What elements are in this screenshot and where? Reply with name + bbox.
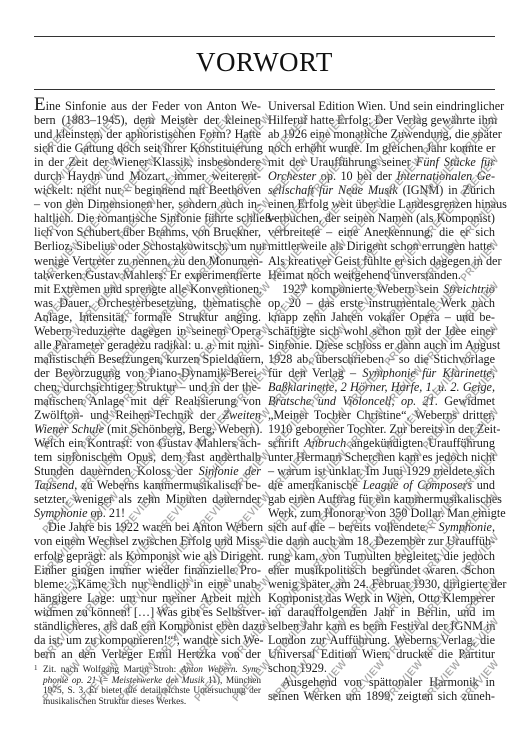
text-line: Sinfonie. Diese schloss er dann auch im … <box>268 338 495 352</box>
text-line: Wiener Schule (mit Schönberg, Berg, Webe… <box>34 422 261 436</box>
text-line: die dann auch am 18. Dezember zur Urauff… <box>268 534 495 548</box>
text-line: ständlicheres, als daß ein Komponist ebe… <box>34 619 261 633</box>
text-line: verbreitete – eine Anerkennung, die er s… <box>268 225 495 239</box>
text-line: bern (1883–1945), dem Meister der kleine… <box>34 113 261 127</box>
text-line: für den Verlag – Symphonie für Klarinett… <box>268 366 495 380</box>
text-line: Universal Edition Wien. Und sein eindrin… <box>268 99 495 113</box>
italic-title: phonie op. 21 <box>43 676 96 686</box>
text-line: Tausend, zu Weberns kammermusikalisch be… <box>34 478 261 492</box>
text-line: unter Hermann Scherchen kam es jedoch ni… <box>268 450 495 464</box>
italic-title: Anton Webern. Sym- <box>181 665 261 675</box>
text-line: Ausgehend von spättonaler Harmonik in <box>268 675 495 689</box>
text-line: wenig später, am 24. Februar 1930, dirig… <box>268 577 495 591</box>
text-line: Baßklarinette, 2 Hörner, Harfe, 1. u. 2.… <box>268 380 495 394</box>
footnote: 1 Zit. nach Wolfgang Martin Stroh: Anton… <box>34 665 261 707</box>
italic-title: Streichtrio <box>443 282 495 296</box>
text-line: alle Parameter geradezu radikal: u. a. m… <box>34 338 261 352</box>
page-title: VORWORT <box>34 44 495 80</box>
text-line: sellschaft für Neue Musik (IGNM) in Züri… <box>268 183 495 197</box>
text-line: noch erhöht wurde. Im gleichen Jahr konn… <box>268 141 495 155</box>
italic-title: Baßklarinette, 2 Hörner, Harfe, 1. u. 2.… <box>268 380 495 394</box>
text-line: Stunden dauernden Koloss der Sinfonie de… <box>34 464 261 478</box>
text-line: Berlioz, Sibelius oder Schostakowitsch, … <box>34 239 261 253</box>
header-rule-top <box>34 36 495 37</box>
text-line: bern an den Verleger Emil Hertzka von de… <box>34 647 261 661</box>
text-line: was Dauer, Orchesterbesetzung, thematisc… <box>34 296 261 310</box>
text-column-left: Eine Sinfonie aus der Feder von Anton We… <box>34 99 261 661</box>
text-line: wenige Vertreter zu nennen, zu den Monum… <box>34 254 261 268</box>
italic-title: Anbruch <box>304 436 346 450</box>
text-line: Webern reduzierte dagegen in seinem Oper… <box>34 324 261 338</box>
text-line: widmen zu können! […] Was gibt es Selbst… <box>34 605 261 619</box>
text-line: 1928 ab, überschrieben – so die Stichvor… <box>268 352 495 366</box>
text-line: musikalischen Struktur dieses Werkes. <box>34 697 261 708</box>
text-line: haltlich. Die romantische Sinfonie führt… <box>34 211 261 225</box>
text-line: Symphonie op. 21! <box>34 506 261 520</box>
header-rule-bottom <box>34 89 495 90</box>
italic-title: Fünf Stücke für <box>416 155 495 169</box>
initial-letter: E <box>34 94 46 115</box>
text-line: matischen Anlage mit der Realisierung vo… <box>34 394 261 408</box>
text-line: knapp zehn Jahren vokaler Opera – und be… <box>268 310 495 324</box>
text-line: schäftigte sich wohl schon mit der Idee … <box>268 324 495 338</box>
text-line: durch Haydn und Mozart, immer weiterent- <box>34 169 261 183</box>
italic-title: Symphonie für Klarinette, <box>362 366 495 380</box>
text-line: gab einen Auftrag für ein kammermusikali… <box>268 492 495 506</box>
text-line: selben Jahr kam es beim Festival der IGN… <box>268 619 495 633</box>
italic-title: Symphonie <box>34 506 87 520</box>
text-line: hängigere Lage: um nur meiner Arbeit mic… <box>34 591 261 605</box>
text-line: ab 1926 eine monatliche Zuwendung, die s… <box>268 127 495 141</box>
italic-title: Symphonie <box>438 520 491 534</box>
text-line: Werk, zum Honorar von 350 Dollar. Man ei… <box>268 506 495 520</box>
text-line: Orchester op. 10 bei der Internationalen… <box>268 169 495 183</box>
text-line: Als kreativer Geist fühlte er sich dageg… <box>268 254 495 268</box>
text-line: von einem Wechsel zwischen Erfolg und Mi… <box>34 534 261 548</box>
italic-title: Orchester <box>268 169 316 183</box>
text-line: der Bevorzugung von Piano-Dynamik-Berei- <box>34 366 261 380</box>
text-line: wickelt: nicht nur – beginnend mit Beeth… <box>34 183 261 197</box>
italic-title: Wiener Schule <box>34 422 104 436</box>
text-line: 1910 geborener Tochter. Zur bereits in d… <box>268 422 495 436</box>
text-line: talwerken Gustav Mahlers: Er experimenti… <box>34 268 261 282</box>
text-line: Anlage, Intensität, formale Struktur ang… <box>34 310 261 324</box>
text-line: Zwölfton- und Reihen-Technik der Zweiten <box>34 408 261 422</box>
italic-title: Bratsche und Violoncell, op. 21 <box>268 394 435 408</box>
text-line: Einher gingen immer wieder finanzielle P… <box>34 563 261 577</box>
text-line: – warum ist unklar. Im Juni 1929 meldete… <box>268 464 495 478</box>
text-line: mit Extremen und sprengte alle Konventio… <box>34 282 261 296</box>
text-line: chen, durchsichtiger Struktur – und in d… <box>34 380 261 394</box>
text-line: sich die Gattung doch seit ihrer Konstit… <box>34 141 261 155</box>
text-line: mittlerweile als Dirigent schon errungen… <box>268 239 495 253</box>
text-line: – von den Dimensionen her, sondern auch … <box>34 197 261 211</box>
text-line: eher musikpolitisch begründet waren. Sch… <box>268 563 495 577</box>
italic-title: Zweiten <box>222 408 261 422</box>
text-line: in der Zeit der Wiener Klassik, insbeson… <box>34 155 261 169</box>
text-line: setzter, weniger als zehn Minuten dauern… <box>34 492 261 506</box>
text-line: Die Jahre bis 1922 waren bei Anton Weber… <box>34 520 261 534</box>
text-line: Welch ein Kontrast: von Gustav Mahlers a… <box>34 436 261 450</box>
footnote-mark: 1 <box>34 663 38 674</box>
text-line: tem sinfonischem Opus, dem fast andertha… <box>34 450 261 464</box>
text-line: „Meiner Tochter Christine“, Weberns drit… <box>268 408 495 422</box>
text-line: schon 1929. <box>268 661 495 675</box>
text-line: op. 20 – das erste instrumentale Werk na… <box>268 296 495 310</box>
text-line: lich von Schubert über Brahms, von Bruck… <box>34 225 261 239</box>
text-line: Bratsche und Violoncell, op. 21. Gewidme… <box>268 394 495 408</box>
text-line: 1927 komponierte Webern sein Streichtrio <box>268 282 495 296</box>
italic-title: Meisterwerke der Musik <box>112 676 205 686</box>
text-line: Eine Sinfonie aus der Feder von Anton We… <box>34 99 261 113</box>
text-line: rung kam, von Tumulten begleitet, die je… <box>268 549 495 563</box>
text-line: im darauffolgenden Jahr in Berlin, und i… <box>268 605 495 619</box>
text-line: einen Erfolg weit über die Landesgrenzen… <box>268 197 495 211</box>
italic-title: Tausend <box>34 478 74 492</box>
italic-title: Sinfonie der <box>199 464 261 478</box>
italic-title: League of Composers <box>363 478 473 492</box>
text-column-right: Universal Edition Wien. Und sein eindrin… <box>268 99 495 703</box>
text-line: sich auf die – bereits vollendete – Symp… <box>268 520 495 534</box>
text-line: phonie op. 21 (= Meisterwerke der Musik … <box>34 676 261 687</box>
text-line: mit der Uraufführung seiner Fünf Stücke … <box>268 155 495 169</box>
text-line: verbuchen, der seinen Namen (als Komponi… <box>268 211 495 225</box>
text-line: da ist, um zu komponieren!“¹, wandte sic… <box>34 633 261 647</box>
text-line: Universal Edition Wien, druckte die Part… <box>268 647 495 661</box>
text-line: seinen Werken um 1899, zeigten sich zune… <box>268 689 495 703</box>
text-line: London zur Aufführung. Weberns Verlag, d… <box>268 633 495 647</box>
italic-title: Internationalen Ge- <box>396 169 495 183</box>
text-line: Zit. nach Wolfgang Martin Stroh: Anton W… <box>34 665 261 676</box>
text-line: bleme: „Käme ich nur endlich in eine una… <box>34 577 261 591</box>
text-line: malistischen Besetzungen, kurzen Spielda… <box>34 352 261 366</box>
text-line: Hilferuf hatte Erfolg: Der Verlag gewähr… <box>268 113 495 127</box>
document-page: VORWORT Eine Sinfonie aus der Feder von … <box>0 0 530 750</box>
text-line: Heimat noch weitgehend unverstanden. <box>268 268 495 282</box>
italic-title: sellschaft für Neue Musik <box>268 183 398 197</box>
text-line: die amerikanische League of Composers un… <box>268 478 495 492</box>
text-line: erfolg geprägt: als Komponist wie als Di… <box>34 549 261 563</box>
text-line: Komponist das Werk in Wien, Otto Klemper… <box>268 591 495 605</box>
text-line: 1975, S. 3. Er bietet die detailreichste… <box>34 686 261 697</box>
text-line: und kleinsten, der aphoristischen Form? … <box>34 127 261 141</box>
text-line: schrift Anbruch angekündigten Uraufführu… <box>268 436 495 450</box>
